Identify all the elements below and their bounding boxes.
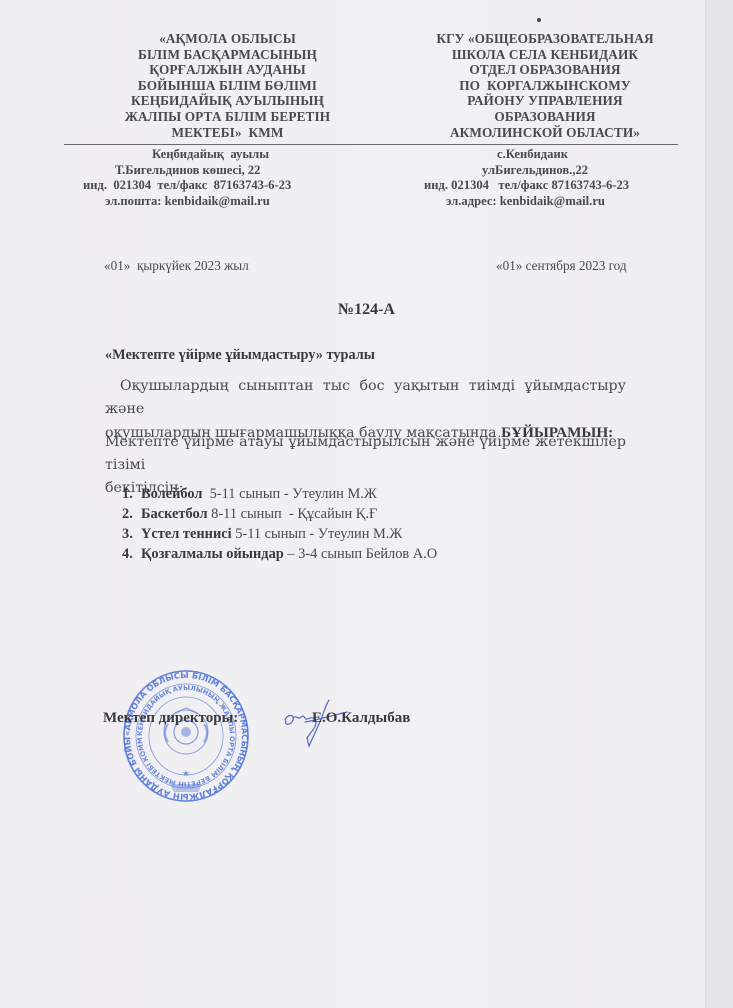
date-russian: «01» сентября 2023 год: [496, 258, 627, 274]
club-name: Волейбол: [141, 486, 202, 502]
instruction-line-1: Мектепте үйірме атауы ұйымдастырылсын жә…: [105, 431, 626, 477]
header-line: ШКОЛА СЕЛА КЕНБИДАИК: [400, 47, 690, 63]
header-line: МЕКТЕБІ» КММ: [95, 125, 360, 141]
order-subject: «Мектепте үйірме ұйымдастыру» туралы: [105, 347, 375, 364]
date-kazakh: «01» қыркүйек 2023 жыл: [104, 258, 249, 274]
header-line: БОЙЫНША БІЛІМ БӨЛІМІ: [95, 78, 360, 94]
list-number: 2.: [122, 504, 141, 524]
header-line: ЖАЛПЫ ОРТА БІЛІМ БЕРЕТІН: [95, 109, 360, 125]
header-org-kazakh: «АҚМОЛА ОБЛЫСЫ БІЛІМ БАСҚАРМАСЫНЫҢ ҚОРҒА…: [95, 31, 360, 140]
header-line: АКМОЛИНСКОЙ ОБЛАСТИ»: [400, 125, 690, 141]
club-list: 1.Волейбол 5-11 сынып - Утеулин М.Ж 2.Ба…: [122, 484, 437, 564]
order-number: №124-А: [0, 301, 733, 319]
club-details: 5-11 сынып - Утеулин М.Ж: [232, 526, 403, 542]
address-email: эл.пошта: kenbidaik@mail.ru: [95, 194, 385, 210]
header-line: РАЙОНУ УПРАВЛЕНИЯ: [400, 93, 690, 109]
official-stamp-icon: «АҚМОЛА ОБЛЫСЫ БІЛІМ БАСҚАРМАСЫНЫҢ ҚОРҒА…: [122, 666, 250, 806]
address-phone: инд. 021304 тел/факс 87163743-6-23: [400, 178, 700, 194]
address-email: эл.адрес: kenbidaik@mail.ru: [400, 194, 700, 210]
list-number: 1.: [122, 484, 141, 504]
signature-block: Мектеп директоры: Е.О.Калдыбав: [103, 710, 118, 795]
header-line: ПО КОРГАЛЖЫНСКОМУ: [400, 78, 690, 94]
document-page: «АҚМОЛА ОБЛЫСЫ БІЛІМ БАСҚАРМАСЫНЫҢ ҚОРҒА…: [0, 0, 733, 1008]
header-line: ОТДЕЛ ОБРАЗОВАНИЯ: [400, 62, 690, 78]
list-item: 2.Баскетбол 8-11 сынып - Құсайын Қ.Ғ: [122, 504, 437, 524]
list-item: 3.Үстел теннисі 5-11 сынып - Утеулин М.Ж: [122, 524, 437, 544]
club-details: 5-11 сынып - Утеулин М.Ж: [202, 486, 376, 502]
director-name: Е.О.Калдыбав: [312, 710, 410, 727]
signature-label: Мектеп директоры:: [103, 710, 238, 727]
list-item: 4.Қозғалмалы ойындар – 3-4 сынып Бейлов …: [122, 544, 437, 564]
header-line: КЕҢБИДАЙЫҚ АУЫЛЫНЫҢ: [95, 93, 360, 109]
header-line: «АҚМОЛА ОБЛЫСЫ: [95, 31, 360, 47]
address-street: улБигельдинов.,22: [400, 163, 700, 179]
club-name: Қозғалмалы ойындар: [141, 546, 284, 562]
club-details: – 3-4 сынып Бейлов А.О: [284, 546, 437, 562]
list-number: 3.: [122, 524, 141, 544]
svg-text:★: ★: [182, 769, 189, 778]
club-name: Үстел теннисі: [141, 526, 232, 542]
scan-edge: [705, 0, 733, 1008]
header-line: ҚОРҒАЛЖЫН АУДАНЫ: [95, 62, 360, 78]
address-street: Т.Бигельдинов көшесі, 22: [95, 163, 385, 179]
list-number: 4.: [122, 544, 141, 564]
header-line: БІЛІМ БАСҚАРМАСЫНЫҢ: [95, 47, 360, 63]
scan-speck: [537, 18, 541, 22]
header-divider: [64, 144, 678, 145]
address-phone: инд. 021304 тел/факс 87163743-6-23: [83, 178, 385, 194]
preamble-line-1: Оқушылардың сыныптан тыс бос уақытын тиі…: [105, 375, 626, 421]
address-village: с.Кенбидаик: [400, 147, 700, 163]
header-line: КГУ «ОБЩЕОБРАЗОВАТЕЛЬНАЯ: [400, 31, 690, 47]
header-org-russian: КГУ «ОБЩЕОБРАЗОВАТЕЛЬНАЯ ШКОЛА СЕЛА КЕНБ…: [400, 31, 690, 140]
address-kazakh: Кеңбидайық ауылы Т.Бигельдинов көшесі, 2…: [95, 147, 385, 209]
club-name: Баскетбол: [141, 506, 208, 522]
header-line: ОБРАЗОВАНИЯ: [400, 109, 690, 125]
list-item: 1.Волейбол 5-11 сынып - Утеулин М.Ж: [122, 484, 437, 504]
address-russian: с.Кенбидаик улБигельдинов.,22 инд. 02130…: [400, 147, 700, 209]
club-details: 8-11 сынып - Құсайын Қ.Ғ: [208, 506, 378, 522]
address-village: Кеңбидайық ауылы: [95, 147, 385, 163]
